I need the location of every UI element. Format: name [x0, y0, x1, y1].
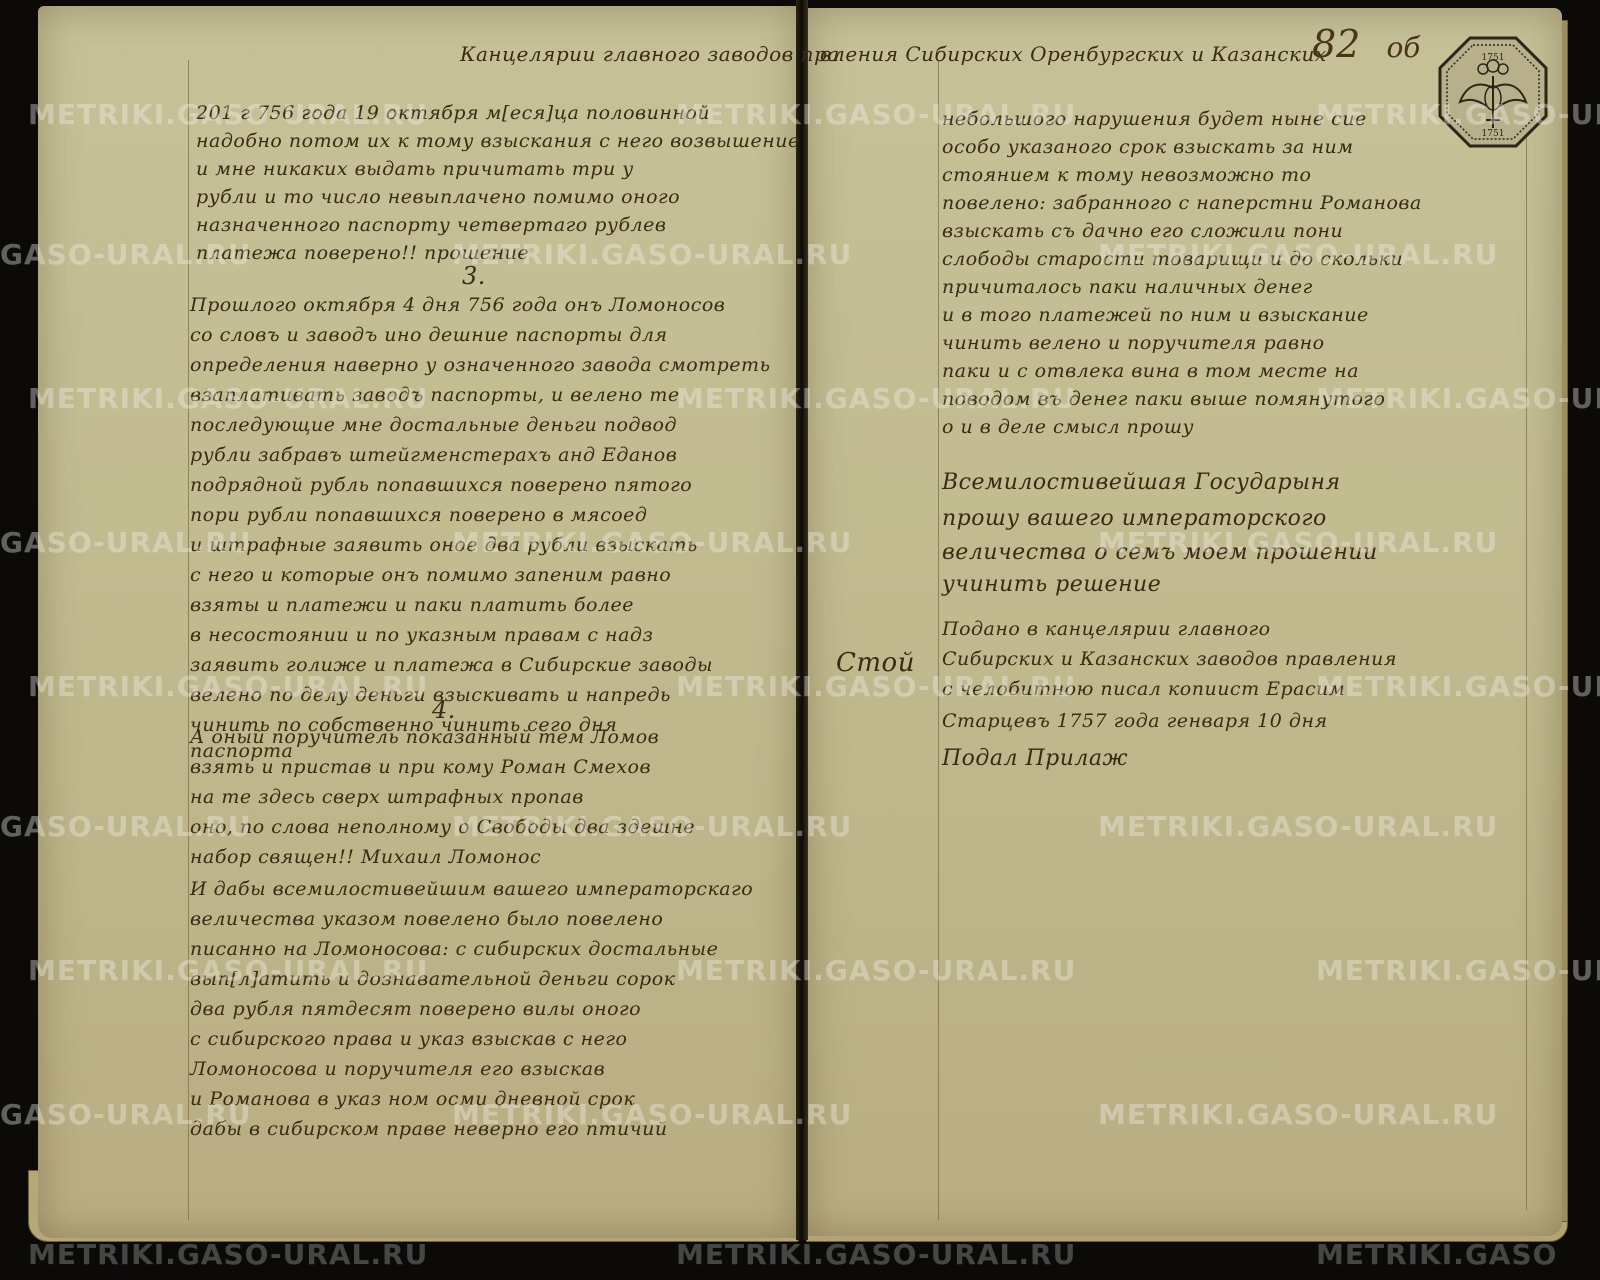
text-line: надобно потом их к тому взыскания с него…	[196, 130, 800, 152]
text-line: учинить решение	[942, 572, 1161, 597]
text-line: паки и с отвлека вина в том месте на	[942, 360, 1359, 382]
svg-text:1751: 1751	[1482, 53, 1505, 63]
watermark-text: METRIKI.GASO-URAL.RU	[28, 1238, 428, 1271]
watermark-text: METRIKI.GASO-URAL.RU	[1098, 1098, 1498, 1131]
text-line: взять и пристав и при кому Роман Смехов	[190, 756, 651, 778]
text-line: особо указаного срок взыскать за ним	[942, 136, 1354, 158]
watermark-text: METRIKI.GASO-URAL.RU	[1098, 526, 1498, 559]
page-side-marker: об	[1386, 31, 1420, 64]
header-left: Канцелярии главного заводов пра	[460, 42, 840, 66]
text-line: рубли и то число невыплачено помимо оног…	[196, 186, 680, 208]
watermark-text: METRIKI.GASO	[1316, 1238, 1557, 1271]
watermark-text: METRIKI.GASO-URAL.RU	[28, 98, 428, 131]
text-line: величества указом повелено было повелено	[190, 908, 663, 930]
stamp-double-headed-eagle-icon: 1751 1751	[1438, 36, 1548, 148]
left-margin-rule	[188, 60, 189, 1220]
text-line: назначенного паспорту четвертаго рублев	[196, 214, 666, 236]
text-line: чинить велено и поручителя равно	[942, 332, 1325, 354]
watermark-text: METRIKI.GASO-URAL.RU	[676, 954, 1076, 987]
header-right: вления Сибирских Оренбургских и Казански…	[820, 42, 1327, 66]
text-line: и мне никаких выдать причитать три у	[196, 158, 634, 180]
text-line: со словъ и заводъ ино дешние паспорты дл…	[190, 324, 668, 346]
text-line: Всемилостивейшая Государыня	[942, 470, 1341, 495]
watermark-text: METRIKI.GASO-URAL.RU	[452, 810, 852, 843]
watermark-text: METRIKI.GASO-URAL.RU	[676, 382, 1076, 415]
text-line: и в того платежей по ним и взыскание	[942, 304, 1369, 326]
watermark-text: METRIKI.GASO-URAL.RU	[452, 1098, 852, 1131]
watermark-text: METRIKI.GASO-URAL.RU	[1098, 810, 1498, 843]
watermark-text: METRIKI.GASO-URAL.RU	[1316, 954, 1600, 987]
text-line: о и в деле смысл прошу	[942, 416, 1194, 438]
book-gutter	[796, 0, 808, 1240]
watermark-text: METRIKI.GASO-URAL.RU	[28, 382, 428, 415]
text-line: причиталось паки наличных денег	[942, 276, 1313, 298]
section-number-4: 4.	[432, 696, 456, 724]
watermark-text: METRIKI.GASO-URAL.RU	[1316, 382, 1600, 415]
text-line: с него и которые онъ помимо запеним равн…	[190, 564, 671, 586]
text-line: последующие мне достальные деньги подвод	[190, 414, 677, 436]
watermark-text: METRIKI.GASO-URAL.RU	[676, 670, 1076, 703]
watermark-text: GASO-URAL.RU	[0, 238, 252, 271]
watermark-text: METRIKI.GASO-URAL.RU	[28, 954, 428, 987]
watermark-text: GASO-URAL.RU	[0, 526, 252, 559]
text-line: пори рубли попавшихся поверено в мясоед	[190, 504, 647, 526]
text-line: Подано в канцелярии главного	[942, 618, 1271, 640]
text-line: Ломоносова и поручителя его взыскав	[190, 1058, 605, 1080]
text-line: Сибирских и Казанских заводов правления	[942, 648, 1397, 670]
text-line: А оный поручитель показанный тем Ломов	[190, 726, 659, 748]
text-line: стоянием к тому невозможно то	[942, 164, 1311, 186]
text-line: определения наверно у означенного завода…	[190, 354, 770, 376]
page-number-value: 82	[1312, 22, 1360, 66]
signature: Подал Прилаж	[942, 746, 1128, 771]
watermark-text: GASO-URAL.RU	[0, 1098, 252, 1131]
text-line: рубли забравъ штейгменстерахъ анд Еданов	[190, 444, 677, 466]
text-line: набор священ!! Михаил Ломонос	[190, 846, 541, 868]
text-line: повелено: забранного с наперстни Романов…	[942, 192, 1422, 214]
watermark-text: METRIKI.GASO-URAL.RU	[1316, 670, 1600, 703]
watermark-text: METRIKI.GASO-URAL.RU	[676, 98, 1076, 131]
text-line: на те здесь сверх штрафных пропав	[190, 786, 584, 808]
text-line: Старцевъ 1757 года генваря 10 дня	[942, 710, 1328, 732]
text-line: подрядной рубль попавшихся поверено пято…	[190, 474, 692, 496]
watermark-text: METRIKI.GASO-URAL.RU	[676, 1238, 1076, 1271]
open-book-spread: Канцелярии главного заводов пра вления С…	[0, 0, 1600, 1280]
right-outer-rule	[1526, 60, 1527, 1210]
page-number: 82 об	[1312, 22, 1420, 66]
text-line: с сибирского права и указ взыскав с него	[190, 1028, 627, 1050]
watermark-text: METRIKI.GASO-URAL.RU	[452, 238, 852, 271]
watermark-text: GASO-URAL.RU	[0, 810, 252, 843]
right-margin-rule	[938, 60, 939, 1220]
watermark-text: METRIKI.GASO-URAL.RU	[28, 670, 428, 703]
watermark-text: METRIKI.GASO-URAL.RU	[1316, 98, 1600, 131]
watermark-text: METRIKI.GASO-URAL.RU	[1098, 238, 1498, 271]
watermark-text: METRIKI.GASO-URAL.RU	[452, 526, 852, 559]
text-line: взяты и платежи и паки платить более	[190, 594, 634, 616]
text-line: в несостоянии и по указным правам с надз	[190, 624, 653, 646]
text-line: Прошлого октября 4 дня 756 года онъ Ломо…	[190, 294, 725, 316]
text-line: И дабы всемилостивейшим вашего император…	[190, 878, 753, 900]
text-line: два рубля пятдесят поверено вилы оного	[190, 998, 641, 1020]
